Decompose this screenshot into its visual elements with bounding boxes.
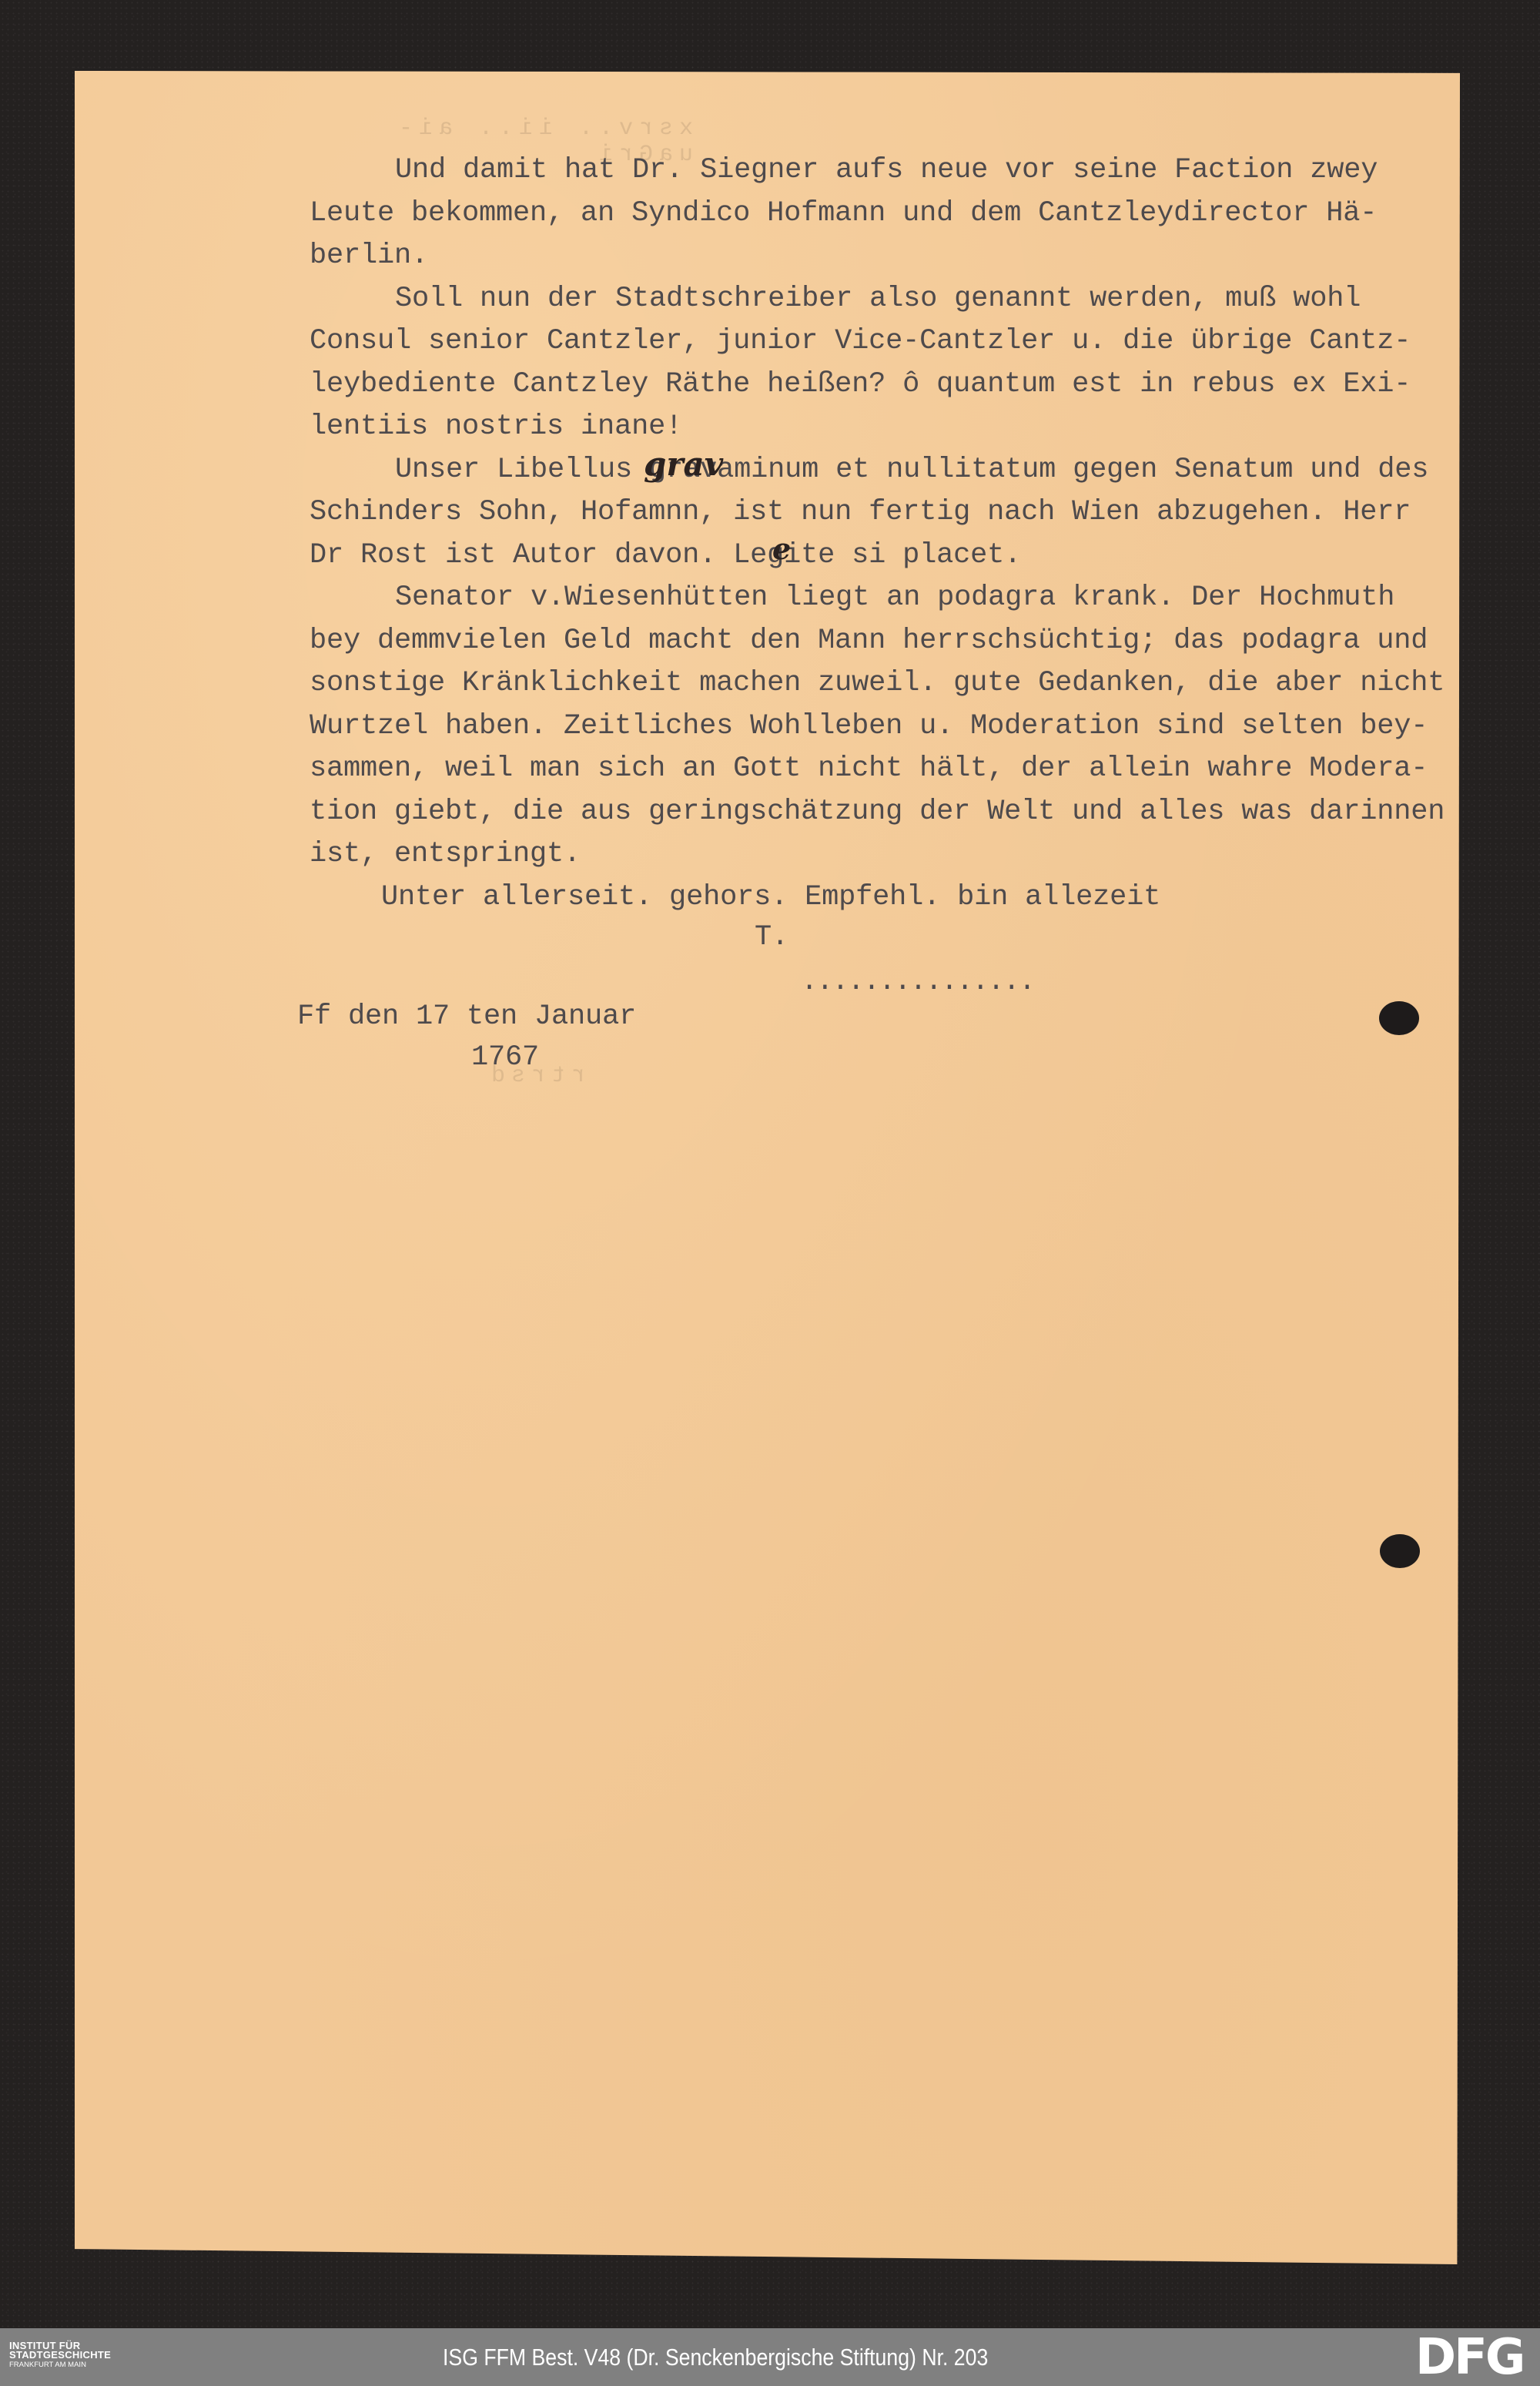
- text-line: sonstige Kränklichkeit machen zuweil. gu…: [310, 668, 1445, 699]
- signature: T.: [755, 922, 788, 953]
- isg-logo-line: STADTGESCHICHTE: [9, 2351, 111, 2360]
- text-line: Unter allerseit. gehors. Empfehl. bin al…: [381, 882, 1160, 913]
- text-line: sammen, weil man sich an Gott nicht hält…: [310, 753, 1428, 784]
- text-line: Senator v.Wiesenhütten liegt an podagra …: [395, 582, 1394, 613]
- place-date: Ff den 17 ten Januar: [297, 1001, 636, 1032]
- text-line: tion giebt, die aus geringschätzung der …: [310, 796, 1445, 827]
- text-line: ist, entspringt.: [310, 839, 581, 870]
- text-line: Dr Rost ist Autor davon. Legite si place…: [310, 540, 1021, 571]
- footer-bar: INSTITUT FÜR STADTGESCHICHTE FRANKFURT A…: [0, 2328, 1540, 2386]
- text-line: Und damit hat Dr. Siegner aufs neue vor …: [395, 155, 1378, 186]
- text-line: bey demmvielen Geld macht den Mann herrs…: [310, 625, 1428, 656]
- bleed-through-text: xsrv.. ii.. ai-uaGri: [308, 116, 693, 146]
- text-line: Soll nun der Stadtschreiber also genannt…: [395, 283, 1361, 314]
- punch-hole: [1379, 1001, 1419, 1035]
- text-line: Wurtzel haben. Zeitliches Wohlleben u. M…: [310, 711, 1428, 742]
- handwritten-annotation: e: [772, 531, 791, 566]
- date-year: 1767: [471, 1042, 539, 1073]
- text-line: leybediente Cantzley Räthe heißen? ô qua…: [310, 369, 1411, 400]
- archive-reference: ISG FFM Best. V48 (Dr. Senckenbergische …: [443, 2342, 1006, 2373]
- signature-dotted-line: ...............: [801, 967, 1034, 997]
- text-line: Consul senior Cantzler, junior Vice-Cant…: [310, 326, 1411, 357]
- isg-logo: INSTITUT FÜR STADTGESCHICHTE FRANKFURT A…: [9, 2341, 111, 2370]
- isg-logo-line: FRANKFURT AM MAIN: [9, 2361, 111, 2370]
- text-line: Leute bekommen, an Syndico Hofmann und d…: [310, 198, 1377, 229]
- text-line: Schinders Sohn, Hofamnn, ist nun fertig …: [310, 497, 1411, 528]
- dfg-logo: DFG: [1415, 2338, 1523, 2377]
- text-line: berlin.: [310, 240, 428, 271]
- punch-hole: [1380, 1534, 1420, 1568]
- text-line: lentiis nostris inane!: [310, 411, 682, 442]
- text-line: Unser Libellus gravaminum et nullitatum …: [395, 454, 1428, 485]
- handwritten-annotation: grav: [644, 445, 723, 483]
